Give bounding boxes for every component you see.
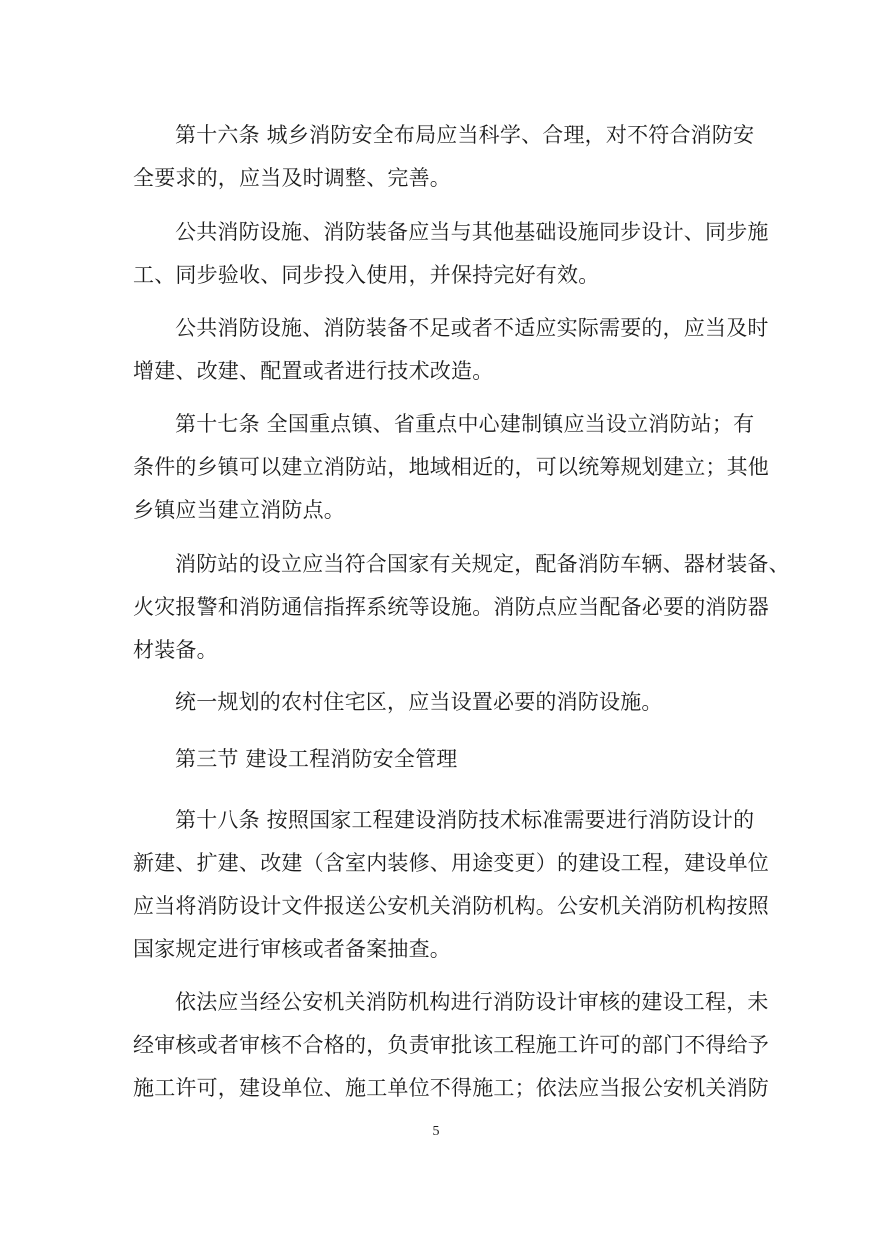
article-17-line-1: 第十七条 全国重点镇、省重点中心建制镇应当设立消防站；有 <box>175 410 751 438</box>
article-16-para3-line-1: 公共消防设施、消防装备不足或者不适应实际需要的，应当及时 <box>175 314 751 342</box>
article-17-para3-line-1: 统一规划的农村住宅区，应当设置必要的消防设施。 <box>175 688 751 716</box>
article-16-para2-line-1: 公共消防设施、消防装备应当与其他基础设施同步设计、同步施 <box>175 218 751 246</box>
section-heading: 第三节 建设工程消防安全管理 <box>175 745 751 773</box>
article-18-para2-line-1: 依法应当经公安机关消防机构进行消防设计审核的建设工程，未 <box>175 988 751 1016</box>
article-18-line-3: 应当将消防设计文件报送公安机关消防机构。公安机关消防机构按照 <box>133 892 751 920</box>
article-16-para3-line-2: 增建、改建、配置或者进行技术改造。 <box>133 357 751 385</box>
article-18-line-4: 国家规定进行审核或者备案抽查。 <box>133 935 751 963</box>
article-17-line-2: 条件的乡镇可以建立消防站，地域相近的，可以统筹规划建立；其他 <box>133 453 751 481</box>
document-page: 第十六条 城乡消防安全布局应当科学、合理，对不符合消防安 全要求的，应当及时调整… <box>0 0 872 1234</box>
article-16-line-2: 全要求的，应当及时调整、完善。 <box>133 164 751 192</box>
article-17-para2-line-1: 消防站的设立应当符合国家有关规定，配备消防车辆、器材装备、 <box>175 550 751 578</box>
article-18-para2-line-3: 施工许可，建设单位、施工单位不得施工；依法应当报公安机关消防 <box>133 1074 751 1102</box>
article-17-para2-line-2: 火灾报警和消防通信指挥系统等设施。消防点应当配备必要的消防器 <box>133 593 751 621</box>
article-16-para2-line-2: 工、同步验收、同步投入使用，并保持完好有效。 <box>133 261 751 289</box>
article-18-line-1: 第十八条 按照国家工程建设消防技术标准需要进行消防设计的 <box>175 806 751 834</box>
article-18-para2-line-2: 经审核或者审核不合格的，负责审批该工程施工许可的部门不得给予 <box>133 1031 751 1059</box>
article-18-line-2: 新建、扩建、改建（含室内装修、用途变更）的建设工程，建设单位 <box>133 849 751 877</box>
article-17-para2-line-3: 材装备。 <box>133 636 751 664</box>
article-17-line-3: 乡镇应当建立消防点。 <box>133 496 751 524</box>
page-number: 5 <box>0 1124 872 1140</box>
article-16-line-1: 第十六条 城乡消防安全布局应当科学、合理，对不符合消防安 <box>175 121 751 149</box>
